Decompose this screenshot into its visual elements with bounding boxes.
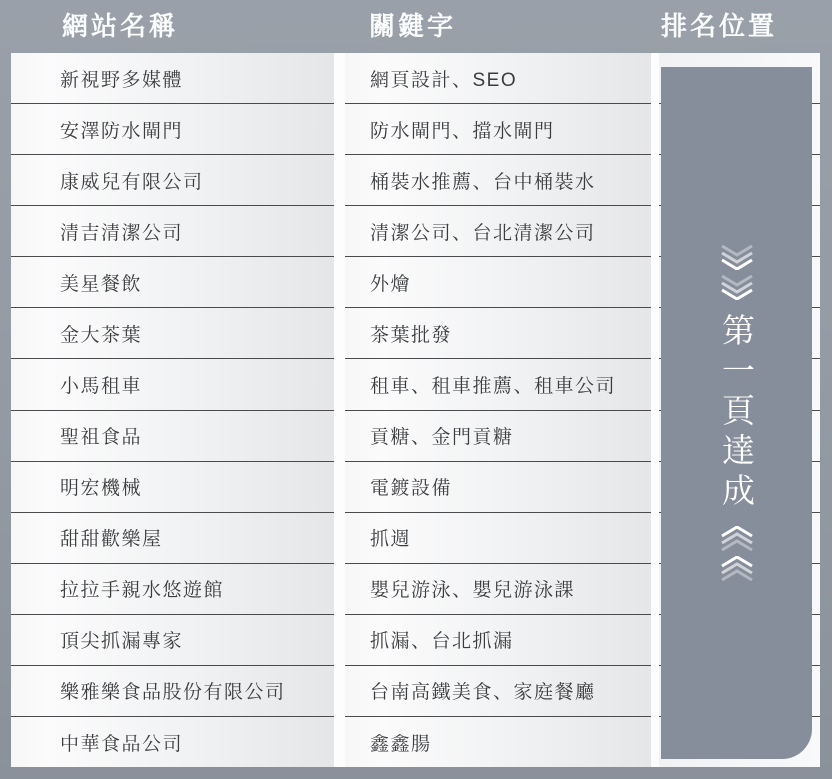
keyword-cell: 電鍍設備 — [345, 461, 651, 512]
column-site: 新視野多媒體安澤防水閘門康威兒有限公司清吉清潔公司美星餐飲金大茶葉小馬租車聖祖食… — [11, 53, 334, 767]
keyword-cell: 抓漏、台北抓漏 — [345, 614, 651, 665]
site-cell: 頂尖抓漏專家 — [11, 614, 334, 665]
keyword-cell: 清潔公司、台北清潔公司 — [345, 205, 651, 256]
site-cell: 中華食品公司 — [11, 716, 334, 767]
keyword-cell: 嬰兒游泳、嬰兒游泳課 — [345, 563, 651, 614]
site-cell: 拉拉手親水悠遊館 — [11, 563, 334, 614]
column-header-rank: 排名位置 — [661, 0, 777, 53]
site-cell: 明宏機械 — [11, 461, 334, 512]
page-background: 網站名稱 關鍵字 排名位置 新視野多媒體安澤防水閘門康威兒有限公司清吉清潔公司美… — [0, 0, 832, 779]
site-cell: 樂雅樂食品股份有限公司 — [11, 665, 334, 716]
rank-status-label: 第一頁達成 — [720, 313, 753, 513]
chevron-up-icon — [720, 556, 754, 582]
keyword-cell: 防水閘門、擋水閘門 — [345, 103, 651, 154]
site-cell: 新視野多媒體 — [11, 53, 334, 103]
chevron-down-icon — [720, 244, 754, 270]
column-header-keyword: 關鍵字 — [369, 0, 456, 53]
column-header-site: 網站名稱 — [62, 0, 178, 53]
keyword-cell: 鑫鑫腸 — [345, 716, 651, 767]
chevron-up-icon — [720, 526, 754, 552]
chevron-down-icon — [720, 274, 754, 300]
site-cell: 甜甜歡樂屋 — [11, 512, 334, 563]
keyword-cell: 台南高鐵美食、家庭餐廳 — [345, 665, 651, 716]
keyword-cell: 網頁設計、SEO — [345, 53, 651, 103]
column-keyword: 網頁設計、SEO防水閘門、擋水閘門桶裝水推薦、台中桶裝水清潔公司、台北清潔公司外… — [345, 53, 651, 767]
site-cell: 金大茶葉 — [11, 307, 334, 358]
keyword-cell: 桶裝水推薦、台中桶裝水 — [345, 154, 651, 205]
keyword-cell: 抓週 — [345, 512, 651, 563]
site-cell: 康威兒有限公司 — [11, 154, 334, 205]
keyword-cell: 租車、租車推薦、租車公司 — [345, 358, 651, 409]
site-cell: 聖祖食品 — [11, 410, 334, 461]
site-cell: 小馬租車 — [11, 358, 334, 409]
chevron-up-stack — [720, 526, 754, 582]
rank-panel: 第一頁達成 — [661, 67, 812, 759]
keyword-cell: 外燴 — [345, 256, 651, 307]
chevron-down-stack — [720, 244, 754, 300]
site-cell: 安澤防水閘門 — [11, 103, 334, 154]
results-table: 新視野多媒體安澤防水閘門康威兒有限公司清吉清潔公司美星餐飲金大茶葉小馬租車聖祖食… — [11, 53, 820, 767]
keyword-cell: 茶葉批發 — [345, 307, 651, 358]
site-cell: 美星餐飲 — [11, 256, 334, 307]
site-cell: 清吉清潔公司 — [11, 205, 334, 256]
keyword-cell: 貢糖、金門貢糖 — [345, 410, 651, 461]
